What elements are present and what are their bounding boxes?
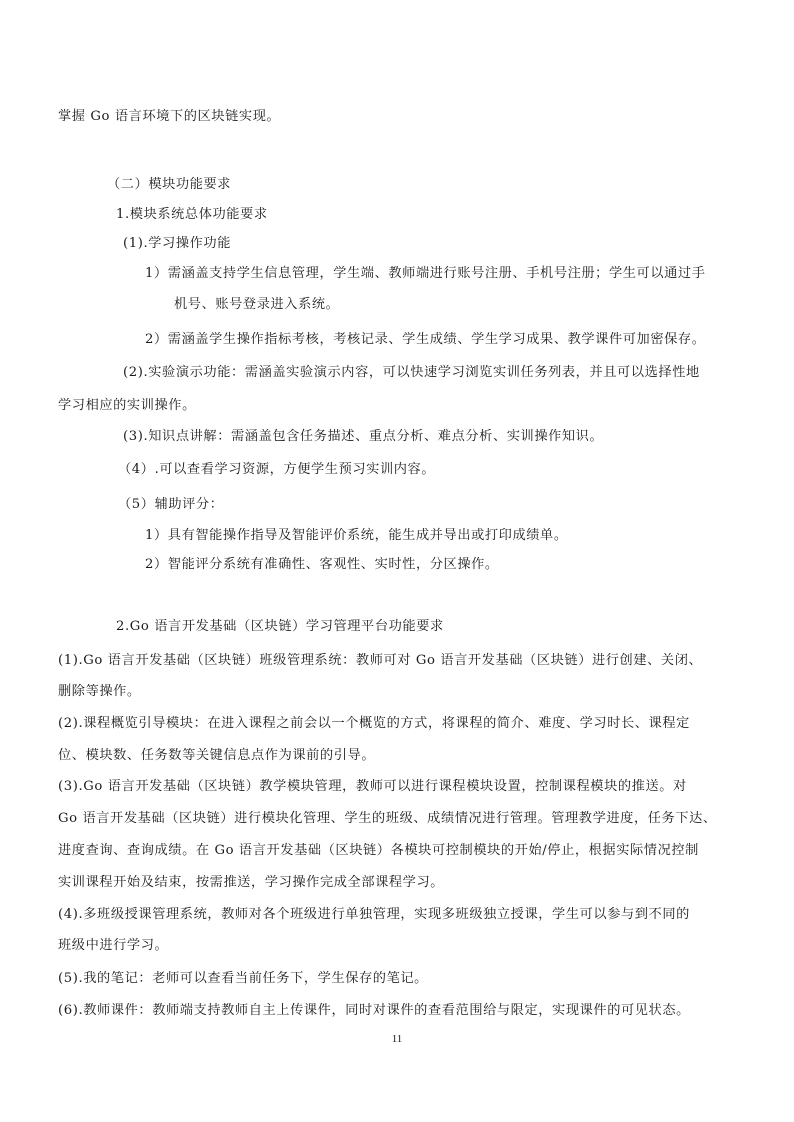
subsection-heading-overall-requirements: 1.模块系统总体功能要求 xyxy=(116,207,268,223)
item-continuation-module-3: 实训课程开始及结束，按需推送，学习操作完成全部课程学习。 xyxy=(58,875,444,891)
intro-continuation: 掌握 Go 语言环境下的区块链实现。 xyxy=(58,109,280,125)
item-continuation-multi-class: 班级中进行学习。 xyxy=(58,938,168,954)
subsection-heading-platform-requirements: 2.Go 语言开发基础（区块链）学习管理平台功能要求 xyxy=(116,619,444,635)
item-heading-assisted-scoring: （5）辅助评分： xyxy=(118,497,224,513)
item-teaching-module-management: (3).Go 语言开发基础（区块链）教学模块管理，教师可以进行课程模块设置，控制… xyxy=(58,779,687,795)
item-continuation-module-2: 进度查询、查询成绩。在 Go 语言开发基础（区块链）各模块可控制模块的开始/停止… xyxy=(58,843,699,859)
item-heading-learning-operations: (1).学习操作功能 xyxy=(123,236,231,252)
subitem-student-info-management: 1）需涵盖支持学生信息管理，学生端、教师端进行账号注册、手机号注册；学生可以通过… xyxy=(145,266,706,282)
item-knowledge-explanation: (3).知识点讲解：需涵盖包含任务描述、重点分析、难点分析、实训操作知识。 xyxy=(123,429,603,445)
item-continuation-overview: 位、模块数、任务数等关键信息点作为课前的引导。 xyxy=(58,748,375,764)
item-continuation-module-1: Go 语言开发基础（区块链）进行模块化管理、学生的班级、成绩情况进行管理。管理教… xyxy=(58,811,717,827)
item-continuation-class: 删除等操作。 xyxy=(58,684,141,700)
subitem-smart-guidance: 1）具有智能操作指导及智能评价系统，能生成并导出或打印成绩单。 xyxy=(145,528,568,544)
item-experiment-demo: (2).实验演示功能：需涵盖实验演示内容，可以快速学习浏览实训任务列表，并且可以… xyxy=(123,365,700,381)
subitem-continuation-login: 机号、账号登录进入系统。 xyxy=(174,297,339,313)
item-continuation-experiment: 学习相应的实训操作。 xyxy=(58,398,196,414)
subitem-smart-scoring: 2）智能评分系统有准确性、客观性、实时性，分区操作。 xyxy=(145,557,499,573)
subitem-assessment-encryption: 2）需涵盖学生操作指标考核，考核记录、学生成绩、学生学习成果、教学课件可加密保存… xyxy=(145,332,706,348)
item-class-management: (1).Go 语言开发基础（区块链）班级管理系统：教师可对 Go 语言开发基础（… xyxy=(58,653,702,669)
page-number: 11 xyxy=(0,1033,794,1045)
item-teacher-courseware: (6).教师课件：教师端支持教师自主上传课件，同时对课件的查看范围给与限定，实现… xyxy=(58,1003,690,1019)
item-my-notes: (5).我的笔记：老师可以查看当前任务下，学生保存的笔记。 xyxy=(58,971,428,987)
section-heading-module-requirements: （二）模块功能要求 xyxy=(107,177,231,193)
item-course-overview: (2).课程概览引导模块：在进入课程之前会以一个概览的方式，将课程的简介、难度、… xyxy=(58,716,690,732)
item-multi-class: (4).多班级授课管理系统，教师对各个班级进行单独管理，实现多班级独立授课，学生… xyxy=(58,907,690,923)
item-learning-resources: （4）.可以查看学习资源，方便学生预习实训内容。 xyxy=(118,462,435,478)
